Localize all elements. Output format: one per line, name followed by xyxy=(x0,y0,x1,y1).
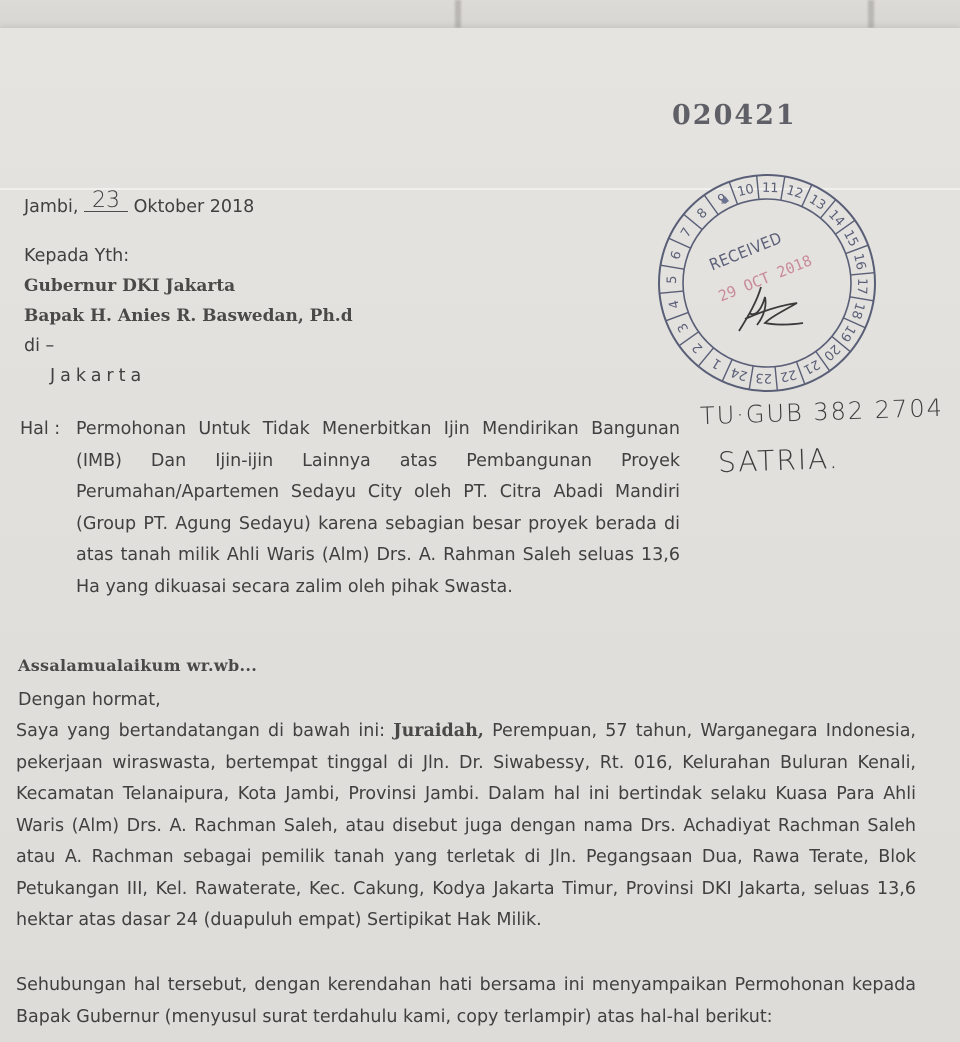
stamp-hour-number: 2 xyxy=(690,339,707,355)
date-place: Jambi, xyxy=(24,197,78,217)
stamp-hour-number: 16 xyxy=(850,252,868,271)
paragraph-prefix: Saya yang bertandatangan di bawah ini: xyxy=(16,721,393,741)
recipient-greeting: Kepada Yth: xyxy=(24,246,129,266)
stamp-hour-number: 23 xyxy=(755,370,772,386)
paragraph-request: Sehubungan hal tersebut, dengan kerendah… xyxy=(16,970,916,1033)
recipient-title: Gubernur DKI Jakarta xyxy=(24,276,235,296)
stamp-hour-number: 24 xyxy=(729,364,749,383)
background-paper-edge xyxy=(455,0,461,28)
subject-block: Hal : Permohonan Untuk Tidak Menerbitkan… xyxy=(20,414,680,603)
recipient-city: Jakarta xyxy=(50,366,146,386)
paragraph-identity: Saya yang bertandatangan di bawah ini: J… xyxy=(16,716,916,937)
date-month-year: Oktober 2018 xyxy=(134,197,255,217)
stamp-hour-number: 18 xyxy=(848,301,867,321)
stamp-hour-number: 10 xyxy=(736,182,755,200)
stamp-hour-number: 17 xyxy=(854,278,870,295)
signer-name: Juraidah, xyxy=(393,721,484,741)
stamp-hour-number: 5 xyxy=(665,275,680,284)
recipient-di: di – xyxy=(24,336,54,356)
date-day-handwritten: 23 xyxy=(84,191,128,212)
background-paper-edge xyxy=(868,0,874,28)
recipient-name: Bapak H. Anies R. Baswedan, Ph.d xyxy=(24,306,353,326)
stamp-hour-number: 12 xyxy=(785,183,805,202)
stamp-hour-number: 11 xyxy=(762,181,779,197)
opening: Dengan hormat, xyxy=(18,690,161,710)
stamp-hour-number: 1 xyxy=(709,355,724,372)
subject-text: Permohonan Untuk Tidak Menerbitkan Ijin … xyxy=(76,414,680,603)
handwritten-name: SATRIA. xyxy=(717,442,840,479)
paragraph-rest: Perempuan, 57 tahun, Warganegara Indones… xyxy=(16,721,916,930)
subject-label: Hal : xyxy=(20,414,60,446)
salutation: Assalamualaikum wr.wb... xyxy=(18,656,257,675)
stamp-hour-number: 7 xyxy=(678,225,695,240)
document-number: 020421 xyxy=(672,100,797,131)
letter-date: Jambi, 23 Oktober 2018 xyxy=(24,196,254,217)
stamp-hour-number: 22 xyxy=(779,366,798,384)
stamp-hour-number: 3 xyxy=(675,320,692,334)
stamp-hour-number: 8 xyxy=(694,206,710,223)
received-stamp: 123456789101112131415161718192021222324 … xyxy=(654,170,880,396)
stamp-hour-number: 4 xyxy=(667,299,683,310)
stamp-hour-number: 6 xyxy=(668,249,685,261)
